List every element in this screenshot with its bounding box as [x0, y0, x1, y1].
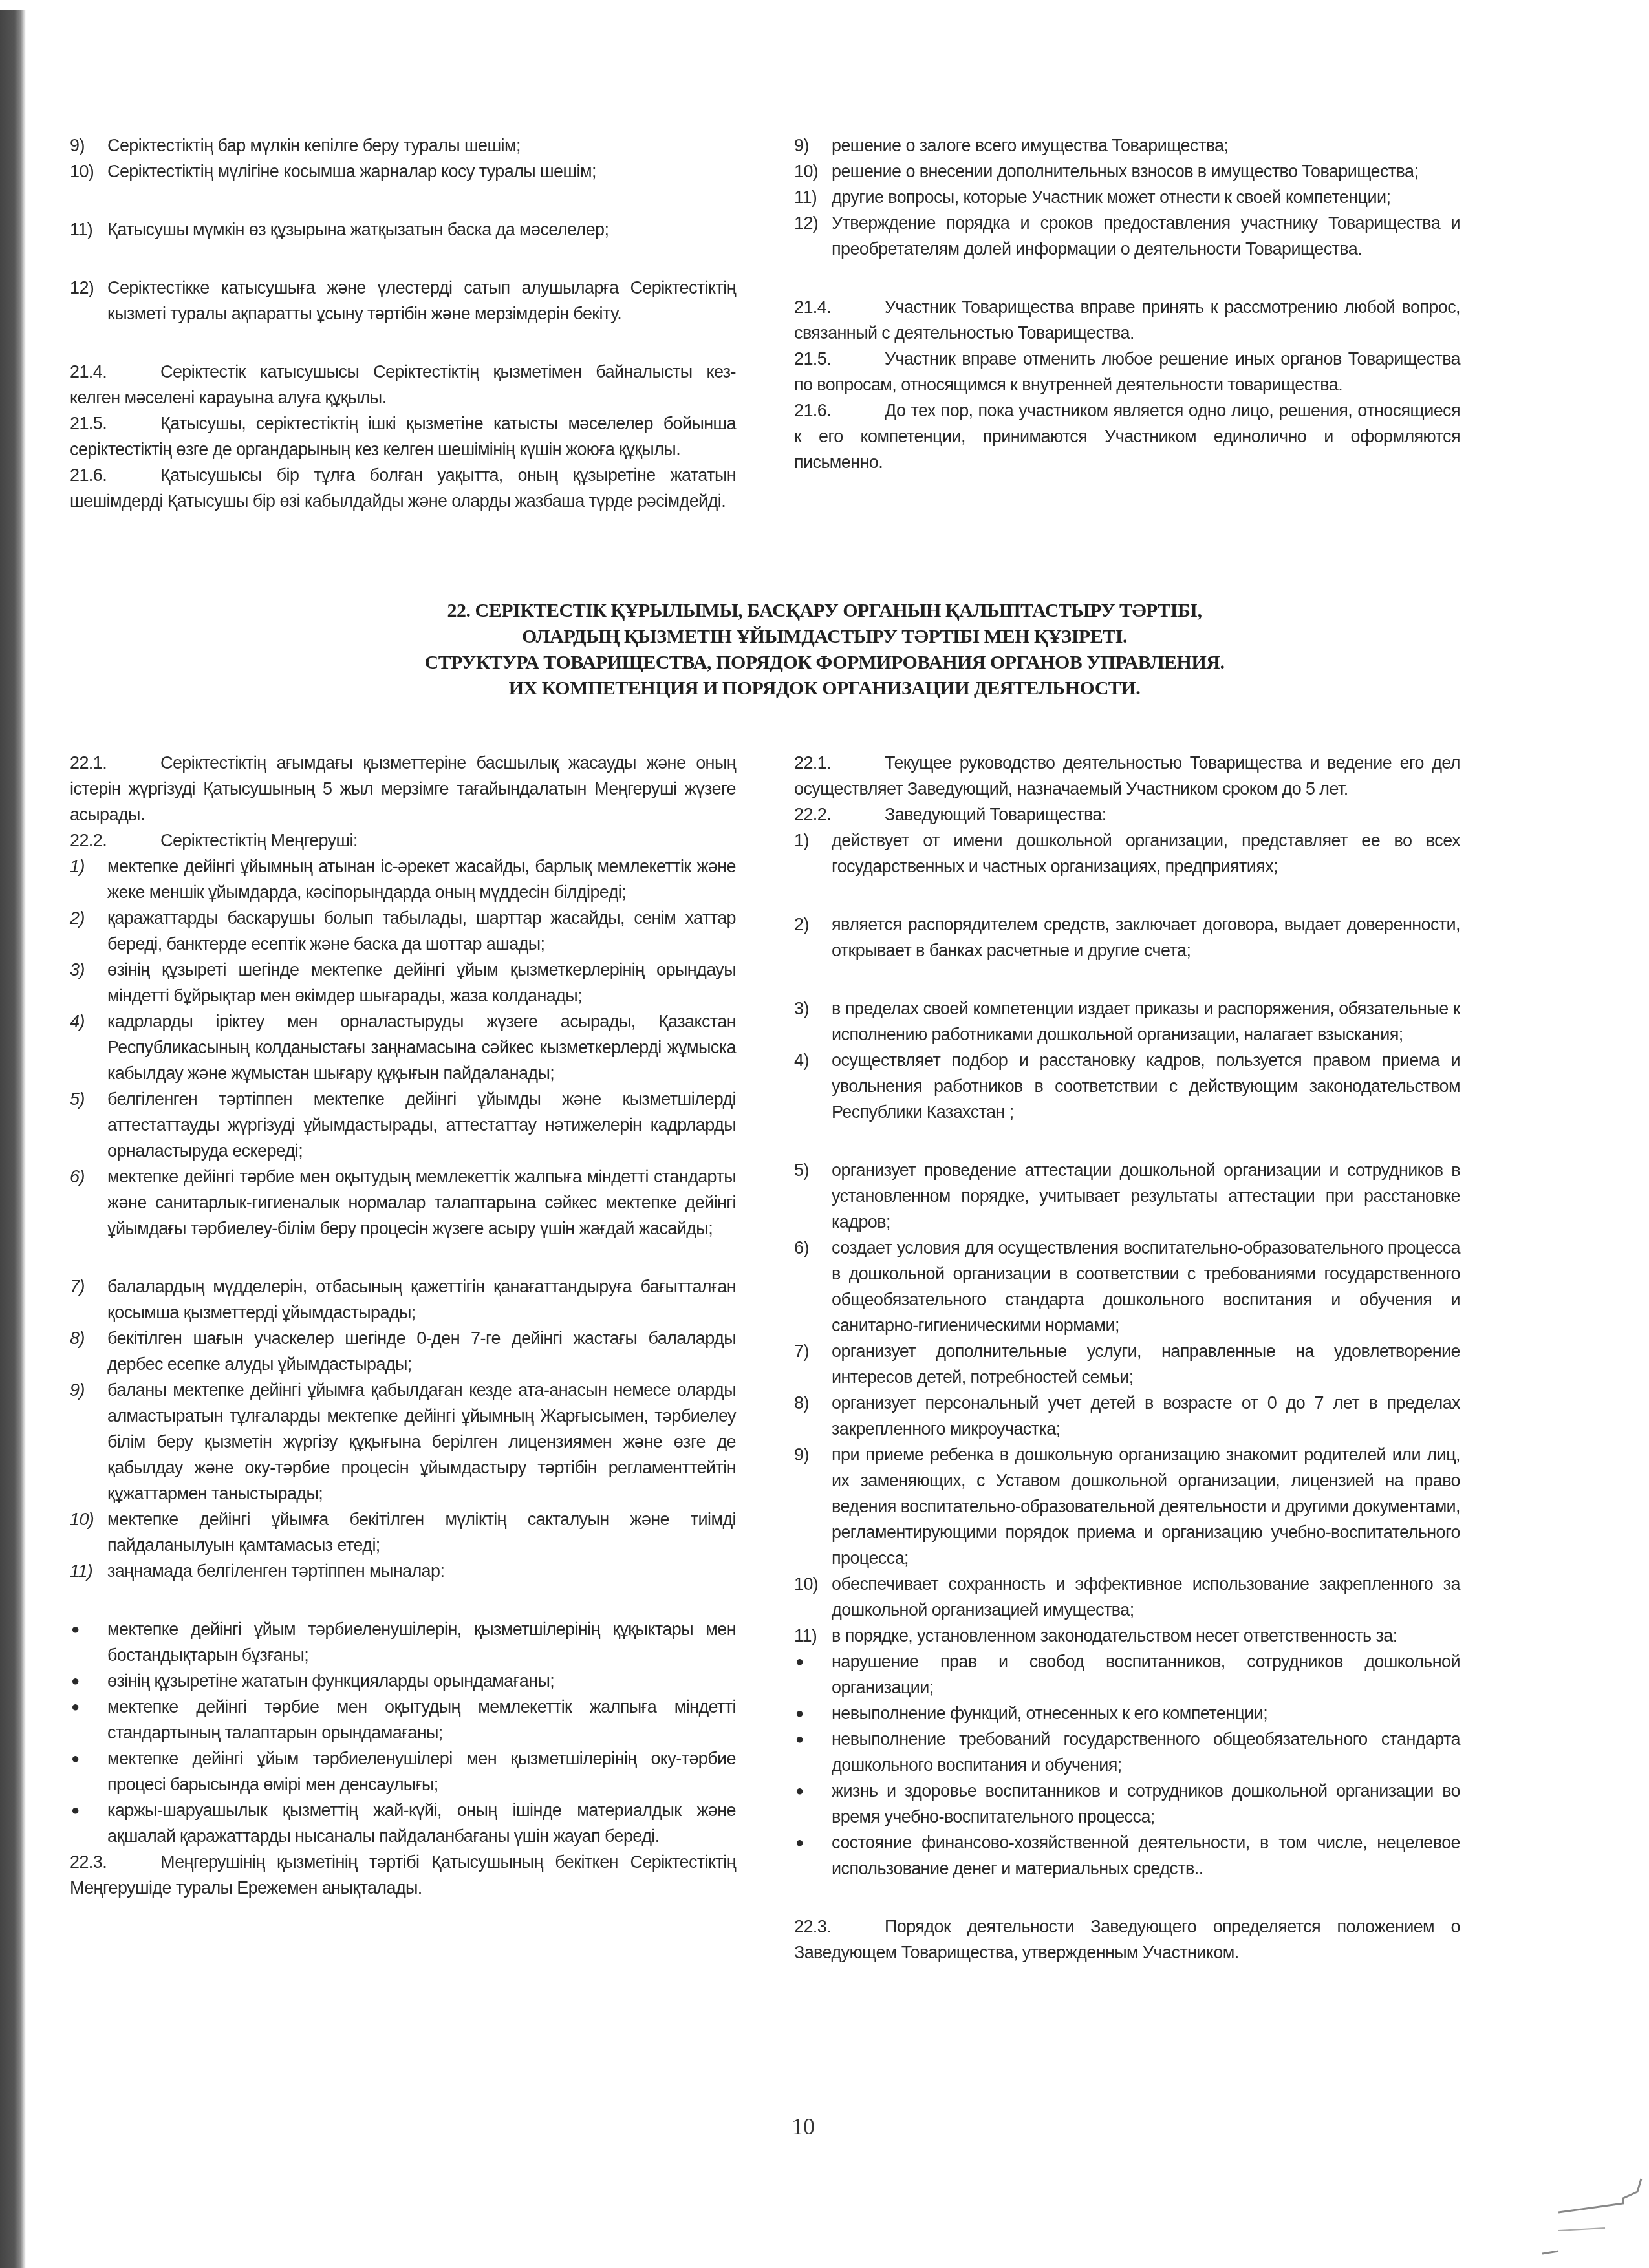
item-number: 9) — [70, 133, 107, 158]
list-item: 9)баланы мектепке дейінгі ұйымға қабылда… — [70, 1377, 736, 1506]
bullet-icon: ● — [70, 1797, 107, 1823]
paragraph-22-3: 22.3.Меңгерушінің қызметінің тәртібі Қат… — [70, 1849, 736, 1901]
paragraph-text: Серіктестіктің Меңгеруші: — [160, 831, 358, 850]
item-number: 12) — [794, 210, 832, 236]
paragraph-text: До тех пор, пока участником является одн… — [794, 401, 1460, 472]
item-text: баланы мектепке дейінгі ұйымға қабылдаға… — [107, 1377, 736, 1506]
item-text: организует дополнительные услуги, направ… — [832, 1338, 1460, 1390]
list-item: 2)является распорядителем средств, заклю… — [794, 912, 1460, 963]
list-item: 9)при приеме ребенка в дошкольную органи… — [794, 1442, 1460, 1571]
list-item: 8)организует персональный учет детей в в… — [794, 1390, 1460, 1442]
bullet-item: ●өзінің құзыретіне жататын функцияларды … — [70, 1668, 736, 1694]
item-text: заңнамада белгіленген тәртіппен мыналар: — [107, 1558, 736, 1584]
paragraph-21-4: 21.4.Участник Товарищества вправе принят… — [794, 294, 1460, 346]
scan-artifact-marks — [1487, 2101, 1649, 2268]
bullet-text: нарушение прав и свобод воспитанников, с… — [832, 1649, 1460, 1700]
paragraph-number: 22.1. — [794, 750, 885, 776]
item-text: решение о залоге всего имущества Товарищ… — [832, 133, 1460, 158]
list-item: 5)организует проведение аттестации дошко… — [794, 1157, 1460, 1235]
item-number: 6) — [794, 1235, 832, 1261]
item-text: осуществляет подбор и расстановку кадров… — [832, 1047, 1460, 1125]
item-number: 1) — [70, 853, 107, 879]
paragraph-22-2: 22.2.Серіктестіктің Меңгеруші: — [70, 828, 736, 853]
bottom-right-column-ru: 22.1.Текущее руководство деятельностью Т… — [794, 750, 1460, 1965]
bullet-icon: ● — [794, 1649, 832, 1674]
bullet-icon: ● — [794, 1830, 832, 1856]
bullet-item: ●мектепке дейінгі ұйым тәрбиеленушілерін… — [70, 1616, 736, 1668]
paragraph-22-3: 22.3.Порядок деятельности Заведующего оп… — [794, 1914, 1460, 1965]
top-left-column-kk: 9) Серіктестіктің бар мүлкін кепілге бер… — [70, 133, 736, 514]
item-text: қаражаттарды баскарушы болып табылады, ш… — [107, 905, 736, 957]
paragraph-text: Участник вправе отменить любое решение и… — [794, 349, 1460, 394]
list-item: 11) другие вопросы, которые Участник мож… — [794, 184, 1460, 210]
paragraph-number: 22.2. — [70, 828, 160, 853]
paragraph-text: Текущее руководство деятельностью Товари… — [794, 753, 1460, 798]
paragraph-21-5: 21.5.Участник вправе отменить любое реше… — [794, 346, 1460, 398]
item-text: бекітілген шағын учаскелер шегінде 0-ден… — [107, 1325, 736, 1377]
item-number: 3) — [70, 957, 107, 983]
paragraph-number: 21.5. — [794, 346, 885, 372]
item-number: 7) — [794, 1338, 832, 1364]
list-item: 7)балалардың мүдделерін, отбасының қажет… — [70, 1274, 736, 1325]
list-item: 11)в порядке, установленном законодатель… — [794, 1623, 1460, 1649]
item-text: при приеме ребенка в дошкольную организа… — [832, 1442, 1460, 1571]
item-text: Серіктестікке катысушыға және үлестерді … — [107, 275, 736, 326]
heading-line: 22. СЕРІКТЕСТІК ҚҰРЫЛЫМЫ, БАСҚАРУ ОРГАНЫ… — [194, 598, 1455, 624]
heading-line: ОЛАРДЫҢ ҚЫЗМЕТІН ҰЙЫМДАСТЫРУ ТӘРТІБІ МЕН… — [194, 624, 1455, 650]
list-item: 9) решение о залоге всего имущества Това… — [794, 133, 1460, 158]
bullet-icon: ● — [70, 1694, 107, 1720]
item-number: 11) — [794, 1623, 832, 1649]
list-item: 11)заңнамада белгіленген тәртіппен мынал… — [70, 1558, 736, 1584]
item-number: 9) — [70, 1377, 107, 1403]
heading-line: СТРУКТУРА ТОВАРИЩЕСТВА, ПОРЯДОК ФОРМИРОВ… — [194, 650, 1455, 676]
paragraph-number: 22.1. — [70, 750, 160, 776]
list-item: 6)мектепке дейінгі тәрбие мен оқытудың м… — [70, 1164, 736, 1241]
item-number: 9) — [794, 133, 832, 158]
list-item: 3)өзінің құзыреті шегінде мектепке дейін… — [70, 957, 736, 1009]
list-item: 4)кадрларды іріктеу мен орналастыруды жү… — [70, 1009, 736, 1086]
item-number: 8) — [794, 1390, 832, 1416]
item-text: мектепке дейінгі ұйымның атынан іс-әреке… — [107, 853, 736, 905]
list-item: 1)мектепке дейінгі ұйымның атынан іс-әре… — [70, 853, 736, 905]
paragraph-number: 21.6. — [70, 462, 160, 488]
bullet-item: ●каржы-шаруашылык қызметтің жай-күйі, он… — [70, 1797, 736, 1849]
item-number: 10) — [70, 158, 107, 184]
bullet-text: өзінің құзыретіне жататын функцияларды о… — [107, 1668, 736, 1694]
item-number: 2) — [794, 912, 832, 937]
paragraph-text: Қатысушы, серіктестіктің ішкі қызметіне … — [70, 414, 736, 459]
item-text: решение о внесении дополнительных взносо… — [832, 158, 1460, 184]
bullet-text: невыполнение функций, отнесенных к его к… — [832, 1700, 1460, 1726]
paragraph-21-6: 21.6.Қатысушысы бір тұлға болған уақытта… — [70, 462, 736, 514]
item-number: 12) — [70, 275, 107, 301]
list-item: 4)осуществляет подбор и расстановку кадр… — [794, 1047, 1460, 1125]
item-number: 5) — [794, 1157, 832, 1183]
bullet-item: ●состояние финансово-хозяйственной деяте… — [794, 1830, 1460, 1881]
bullet-item: ●невыполнение требований государственног… — [794, 1726, 1460, 1778]
list-item: 12) Утверждение порядка и сроков предост… — [794, 210, 1460, 262]
item-number: 7) — [70, 1274, 107, 1300]
bullet-icon: ● — [70, 1616, 107, 1642]
item-number: 9) — [794, 1442, 832, 1468]
paragraph-text: Заведующий Товарищества: — [885, 805, 1106, 824]
list-item: 11) Қатысушы мүмкін өз құзырына жатқызат… — [70, 217, 736, 242]
bullet-text: невыполнение требований государственного… — [832, 1726, 1460, 1778]
item-number: 10) — [794, 158, 832, 184]
item-text: Серіктестіктің мүлігіне косымша жарналар… — [107, 158, 736, 184]
paragraph-text: Участник Товарищества вправе принять к р… — [794, 297, 1460, 343]
bullet-icon: ● — [70, 1746, 107, 1771]
bullet-item: ●нарушение прав и свобод воспитанников, … — [794, 1649, 1460, 1700]
item-number: 2) — [70, 905, 107, 931]
paragraph-text: Серіктестік катысушысы Серіктестіктің қы… — [70, 362, 736, 407]
paragraph-21-6: 21.6.До тех пор, пока участником являетс… — [794, 398, 1460, 475]
item-text: өзінің құзыреті шегінде мектепке дейінгі… — [107, 957, 736, 1009]
bullet-item: ●мектепке дейінгі ұйым тәрбиеленушілері … — [70, 1746, 736, 1797]
item-text: является распорядителем средств, заключа… — [832, 912, 1460, 963]
item-text: другие вопросы, которые Участник может о… — [832, 184, 1460, 210]
list-item: 3)в пределах своей компетенции издает пр… — [794, 996, 1460, 1047]
paragraph-number: 21.6. — [794, 398, 885, 423]
item-number: 11) — [794, 184, 832, 210]
item-number: 10) — [794, 1571, 832, 1597]
paragraph-22-1: 22.1.Текущее руководство деятельностью Т… — [794, 750, 1460, 802]
list-item: 2)қаражаттарды баскарушы болып табылады,… — [70, 905, 736, 957]
item-text: в пределах своей компетенции издает прик… — [832, 996, 1460, 1047]
item-text: организует персональный учет детей в воз… — [832, 1390, 1460, 1442]
item-text: создает условия для осуществления воспит… — [832, 1235, 1460, 1338]
paragraph-number: 22.2. — [794, 802, 885, 828]
bullet-text: мектепке дейінгі тәрбие мен оқытудың мем… — [107, 1694, 736, 1746]
paragraph-number: 21.4. — [70, 359, 160, 385]
bullet-item: ●мектепке дейінгі тәрбие мен оқытудың ме… — [70, 1694, 736, 1746]
paragraph-22-1: 22.1.Серіктестіктің ағымдағы қызметтерін… — [70, 750, 736, 828]
paragraph-text: Меңгерушінің қызметінің тәртібі Қатысушы… — [70, 1852, 736, 1898]
bullet-text: каржы-шаруашылык қызметтің жай-күйі, оны… — [107, 1797, 736, 1849]
top-right-column-ru: 9) решение о залоге всего имущества Това… — [794, 133, 1460, 475]
list-item: 10)обеспечивает сохранность и эффективно… — [794, 1571, 1460, 1623]
item-text: мектепке дейінгі ұйымға бекітілген мүлік… — [107, 1506, 736, 1558]
item-number: 6) — [70, 1164, 107, 1190]
list-item: 10) решение о внесении дополнительных вз… — [794, 158, 1460, 184]
item-text: действует от имени дошкольной организаци… — [832, 828, 1460, 879]
list-item: 7)организует дополнительные услуги, напр… — [794, 1338, 1460, 1390]
paragraph-number: 22.3. — [794, 1914, 885, 1940]
item-text: балалардың мүдделерін, отбасының қажетті… — [107, 1274, 736, 1325]
list-item: 10)мектепке дейінгі ұйымға бекітілген мү… — [70, 1506, 736, 1558]
list-item: 6)создает условия для осуществления восп… — [794, 1235, 1460, 1338]
heading-line: ИХ КОМПЕТЕНЦИЯ И ПОРЯДОК ОРГАНИЗАЦИИ ДЕЯ… — [194, 676, 1455, 701]
bullet-text: состояние финансово-хозяйственной деятел… — [832, 1830, 1460, 1881]
bullet-icon: ● — [70, 1668, 107, 1694]
item-number: 4) — [794, 1047, 832, 1073]
item-number: 10) — [70, 1506, 107, 1532]
list-item: 1)действует от имени дошкольной организа… — [794, 828, 1460, 879]
bullet-icon: ● — [794, 1778, 832, 1804]
item-number: 1) — [794, 828, 832, 853]
bullet-item: ●невыполнение функций, отнесенных к его … — [794, 1700, 1460, 1726]
paragraph-21-4: 21.4.Серіктестік катысушысы Серіктестікт… — [70, 359, 736, 411]
item-text: белгіленген тәртіппен мектепке дейінгі ұ… — [107, 1086, 736, 1164]
item-text: кадрларды іріктеу мен орналастыруды жүзе… — [107, 1009, 736, 1086]
item-text: организует проведение аттестации дошколь… — [832, 1157, 1460, 1235]
paragraph-number: 22.3. — [70, 1849, 160, 1875]
paragraph-text: Қатысушысы бір тұлға болған уақытта, оны… — [70, 465, 736, 511]
item-text: мектепке дейінгі тәрбие мен оқытудың мем… — [107, 1164, 736, 1241]
section-heading: 22. СЕРІКТЕСТІК ҚҰРЫЛЫМЫ, БАСҚАРУ ОРГАНЫ… — [194, 598, 1455, 701]
item-text: обеспечивает сохранность и эффективное и… — [832, 1571, 1460, 1623]
list-item: 9) Серіктестіктің бар мүлкін кепілге бер… — [70, 133, 736, 158]
bullet-icon: ● — [794, 1700, 832, 1726]
scan-shadow-edge — [0, 10, 26, 2268]
item-text: в порядке, установленном законодательств… — [832, 1623, 1460, 1649]
item-number: 11) — [70, 1558, 107, 1584]
list-item: 10) Серіктестіктің мүлігіне косымша жарн… — [70, 158, 736, 184]
paragraph-text: Порядок деятельности Заведующего определ… — [794, 1917, 1460, 1962]
bullet-text: мектепке дейінгі ұйым тәрбиеленушілерін,… — [107, 1616, 736, 1668]
item-number: 5) — [70, 1086, 107, 1112]
list-item: 12) Серіктестікке катысушыға және үлесте… — [70, 275, 736, 326]
item-text: Серіктестіктің бар мүлкін кепілге беру т… — [107, 133, 736, 158]
item-number: 4) — [70, 1009, 107, 1034]
paragraph-21-5: 21.5.Қатысушы, серіктестіктің ішкі қызме… — [70, 411, 736, 462]
paragraph-number: 21.5. — [70, 411, 160, 436]
paragraph-number: 21.4. — [794, 294, 885, 320]
page-number: 10 — [784, 2113, 823, 2140]
bullet-text: жизнь и здоровье воспитанников и сотрудн… — [832, 1778, 1460, 1830]
item-text: Қатысушы мүмкін өз құзырына жатқызатын б… — [107, 217, 736, 242]
paragraph-text: Серіктестіктің ағымдағы қызметтеріне бас… — [70, 753, 736, 824]
item-number: 8) — [70, 1325, 107, 1351]
list-item: 8)бекітілген шағын учаскелер шегінде 0-д… — [70, 1325, 736, 1377]
bottom-left-column-kk: 22.1.Серіктестіктің ағымдағы қызметтерін… — [70, 750, 736, 1901]
item-number: 3) — [794, 996, 832, 1022]
bullet-item: ●жизнь и здоровье воспитанников и сотруд… — [794, 1778, 1460, 1830]
bullet-text: мектепке дейінгі ұйым тәрбиеленушілері м… — [107, 1746, 736, 1797]
bullet-icon: ● — [794, 1726, 832, 1752]
paragraph-22-2: 22.2.Заведующий Товарищества: — [794, 802, 1460, 828]
item-number: 11) — [70, 217, 107, 242]
list-item: 5)белгіленген тәртіппен мектепке дейінгі… — [70, 1086, 736, 1164]
item-text: Утверждение порядка и сроков предоставле… — [832, 210, 1460, 262]
